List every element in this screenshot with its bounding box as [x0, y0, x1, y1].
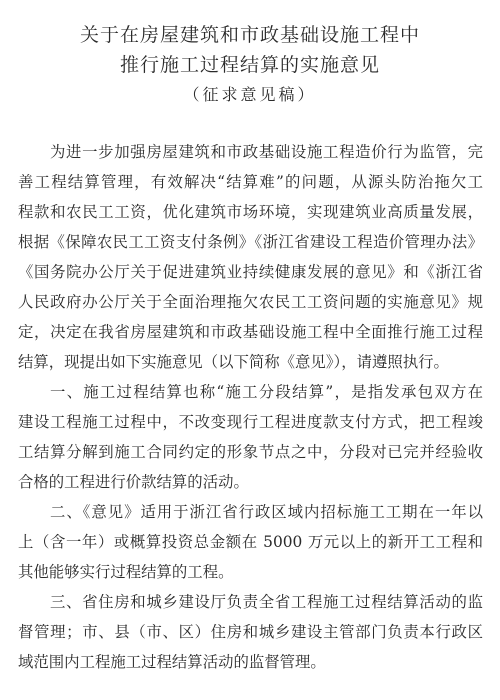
document-title-line-1: 关于在房屋建筑和市政基础设施工程中	[0, 20, 500, 47]
body-line: 程款和农民工工资，优化建筑市场环境，实现建筑业高质量发展，	[18, 201, 483, 223]
body-line: 根据《保障农民工工资支付条例》《浙江省建设工程造价管理办法》	[18, 231, 483, 253]
document-title-line-2: 推行施工过程结算的实施意见	[0, 50, 500, 77]
body-line: 合格的工程进行价款结算的活动。	[18, 471, 483, 493]
body-line: 工结算分解到施工合同约定的形象节点之中，分段对已完并经验收	[18, 441, 483, 463]
body-line: 为进一步加强房屋建筑和市政基础设施工程造价行为监管，完	[50, 141, 483, 163]
body-line: 建设工程施工过程中，不改变现行工程进度款支付方式，把工程竣	[18, 411, 483, 433]
body-line: 《国务院办公厅关于促进建筑业持续健康发展的意见》和《浙江省	[18, 261, 483, 283]
body-line: 结算，现提出如下实施意见（以下简称《意见》），请遵照执行。	[18, 351, 483, 373]
body-line: 善工程结算管理，有效解决“结算难”的问题，从源头防治拖欠工	[18, 171, 483, 193]
body-line: 二、《意见》适用于浙江省行政区域内招标施工工期在一年以	[50, 501, 483, 523]
document-subtitle: （征求意见稿）	[0, 82, 500, 105]
body-line: 定，决定在我省房屋建筑和市政基础设施工程中全面推行施工过程	[18, 321, 483, 343]
body-line: 人民政府办公厅关于全面治理拖欠农民工工资问题的实施意见》规	[18, 291, 483, 313]
body-line: 督管理；市、县（市、区）住房和城乡建设主管部门负责本行政区	[18, 621, 483, 643]
body-line: 域范围内工程施工过程结算活动的监督管理。	[18, 651, 483, 673]
body-line: 一、施工过程结算也称“施工分段结算”，是指发承包双方在	[50, 381, 483, 403]
body-line: 其他能够实行过程结算的工程。	[18, 561, 483, 583]
body-line: 上（含一年）或概算投资总金额在 5000 万元以上的新开工工程和	[18, 531, 483, 553]
body-line: 三、省住房和城乡建设厅负责全省工程施工过程结算活动的监	[50, 591, 483, 613]
